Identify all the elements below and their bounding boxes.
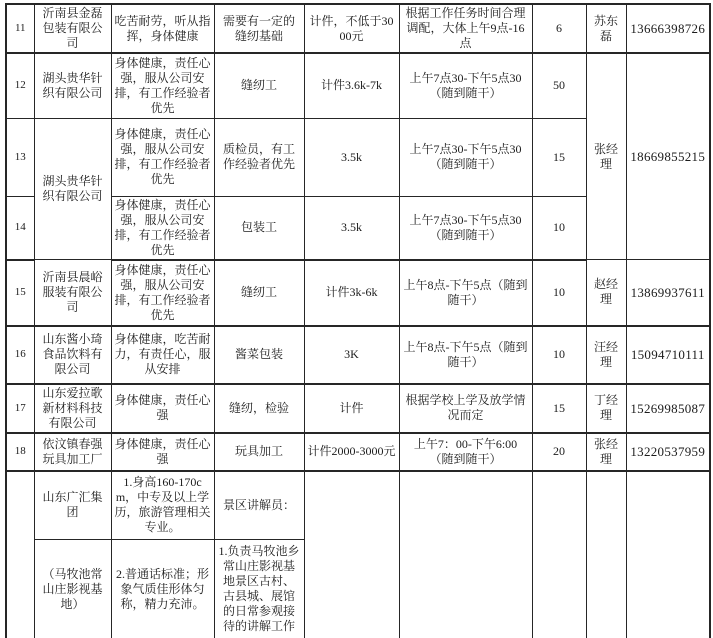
cell-salary: 计件3.6k-7k [304,53,399,118]
cell-work-time: 上午7点30-下午5点30（随到随干） [399,53,532,118]
cell-company: 沂南县金磊包装有限公司 [34,4,111,53]
cell-position: 需要有一定的缝纫基础 [214,4,304,53]
cell-position: 酱菜包装 [214,326,304,384]
cell-phone: 15269985087 [626,384,710,433]
cell-company: 山东爱拉歌新材料科技有限公司 [34,384,111,433]
cell-phone: 15094710111 [626,326,710,384]
cell-row-no: 16 [6,326,34,384]
cell-requirements: 身体健康，吃苦耐力，有责任心，服从安排 [111,326,214,384]
cell-work-time: 上午8点-下午5点（随到随干） [399,326,532,384]
cell-count [532,471,586,638]
cell-work-time: 上午7点30-下午5点30（随到随干） [399,196,532,260]
cell-count: 10 [532,260,586,326]
cell-position: 包装工 [214,196,304,260]
cell-requirements: 身体健康，责任心强，服从公司安排，有工作经验者优先 [111,260,214,326]
cell-requirements: 吃苦耐劳，听从指挥，身体健康 [111,4,214,53]
cell-requirements: 身体健康，责任心强 [111,384,214,433]
cell-phone: 13220537959 [626,433,710,471]
table-row: 12 湖头贵华针织有限公司 身体健康，责任心强，服从公司安排，有工作经验者优先 … [6,53,710,118]
cell-requirements: 身体健康，责任心强，服从公司安排，有工作经验者优先 [111,53,214,118]
cell-count: 50 [532,53,586,118]
cell-count: 20 [532,433,586,471]
cell-count: 15 [532,384,586,433]
cell-position: 1.负责马牧池乡常山庄影视基地景区古村、古县城、展馆的日常参观接待的讲解工作 [214,540,304,638]
cell-position: 玩具加工 [214,433,304,471]
cell-work-time: 根据学校上学及放学情况而定 [399,384,532,433]
table-row: 18 依汶镇春强玩具加工厂 身体健康，责任心强 玩具加工 计件2000-3000… [6,433,710,471]
cell-work-time: 上午7：00-下午6:00（随到随干） [399,433,532,471]
cell-salary: 3K [304,326,399,384]
cell-position: 缝纫工 [214,53,304,118]
cell-contact: 苏东磊 [586,4,626,53]
cell-phone: 13869937611 [626,260,710,326]
cell-row-no: 11 [6,4,34,53]
cell-contact [586,471,626,638]
cell-work-time [399,471,532,638]
cell-row-no: 13 [6,118,34,196]
cell-count: 10 [532,196,586,260]
cell-requirements: 身体健康，责任心强，服从公司安排，有工作经验者优先 [111,196,214,260]
cell-company: 湖头贵华针织有限公司 [34,53,111,118]
cell-company: 依汶镇春强玩具加工厂 [34,433,111,471]
cell-salary: 计件 [304,384,399,433]
cell-work-time: 上午8点-下午5点（随到随干） [399,260,532,326]
cell-salary: 3.5k [304,118,399,196]
cell-phone: 13666398726 [626,4,710,53]
cell-salary: 计件2000-3000元 [304,433,399,471]
cell-count: 6 [532,4,586,53]
cell-row-no: 12 [6,53,34,118]
cell-row-no: 17 [6,384,34,433]
cell-requirements: 身体健康，责任心强，服从公司安排，有工作经验者优先 [111,118,214,196]
cell-company: 湖头贵华针织有限公司 [34,118,111,260]
cell-contact: 张经理 [586,53,626,260]
job-table: 11 沂南县金磊包装有限公司 吃苦耐劳，听从指挥，身体健康 需要有一定的缝纫基础… [5,3,711,638]
table-row: 山东广汇集团 1.身高160-170cm，中专及以上学历，旅游管理相关专业。 景… [6,471,710,540]
table-row: 17 山东爱拉歌新材料科技有限公司 身体健康，责任心强 缝纫，检验 计件 根据学… [6,384,710,433]
cell-contact: 丁经理 [586,384,626,433]
cell-contact: 张经理 [586,433,626,471]
cell-work-time: 根据工作任务时间合理调配，大体上午9点-16点 [399,4,532,53]
cell-row-no: 14 [6,196,34,260]
cell-contact: 赵经理 [586,260,626,326]
cell-work-time: 上午7点30-下午5点30（随到随干） [399,118,532,196]
cell-contact: 汪经理 [586,326,626,384]
cell-company: 山东酱小琦食品饮料有限公司 [34,326,111,384]
cell-row-no: 18 [6,433,34,471]
table-row: 11 沂南县金磊包装有限公司 吃苦耐劳，听从指挥，身体健康 需要有一定的缝纫基础… [6,4,710,53]
cell-position: 景区讲解员： [214,471,304,540]
cell-requirements: 身体健康，责任心强 [111,433,214,471]
cell-position: 质检员，有工作经验者优先 [214,118,304,196]
cell-position: 缝纫工 [214,260,304,326]
cell-salary: 计件3k-6k [304,260,399,326]
cell-count: 15 [532,118,586,196]
cell-count: 10 [532,326,586,384]
cell-requirements: 2.普通话标准；形象气质佳形体匀称，精力充沛。 [111,540,214,638]
cell-phone: 18669855215 [626,53,710,260]
cell-company: （马牧池常山庄影视基地） [34,540,111,638]
cell-row-no [6,471,34,638]
cell-company: 沂南县晨峪服装有限公司 [34,260,111,326]
cell-salary [304,471,399,638]
cell-row-no: 15 [6,260,34,326]
table-row: 15 沂南县晨峪服装有限公司 身体健康，责任心强，服从公司安排，有工作经验者优先… [6,260,710,326]
cell-requirements: 1.身高160-170cm，中专及以上学历，旅游管理相关专业。 [111,471,214,540]
cell-company: 山东广汇集团 [34,471,111,540]
cell-phone [626,471,710,638]
cell-salary: 计件，不低于3000元 [304,4,399,53]
cell-salary: 3.5k [304,196,399,260]
table-row: 16 山东酱小琦食品饮料有限公司 身体健康，吃苦耐力，有责任心，服从安排 酱菜包… [6,326,710,384]
cell-position: 缝纫，检验 [214,384,304,433]
